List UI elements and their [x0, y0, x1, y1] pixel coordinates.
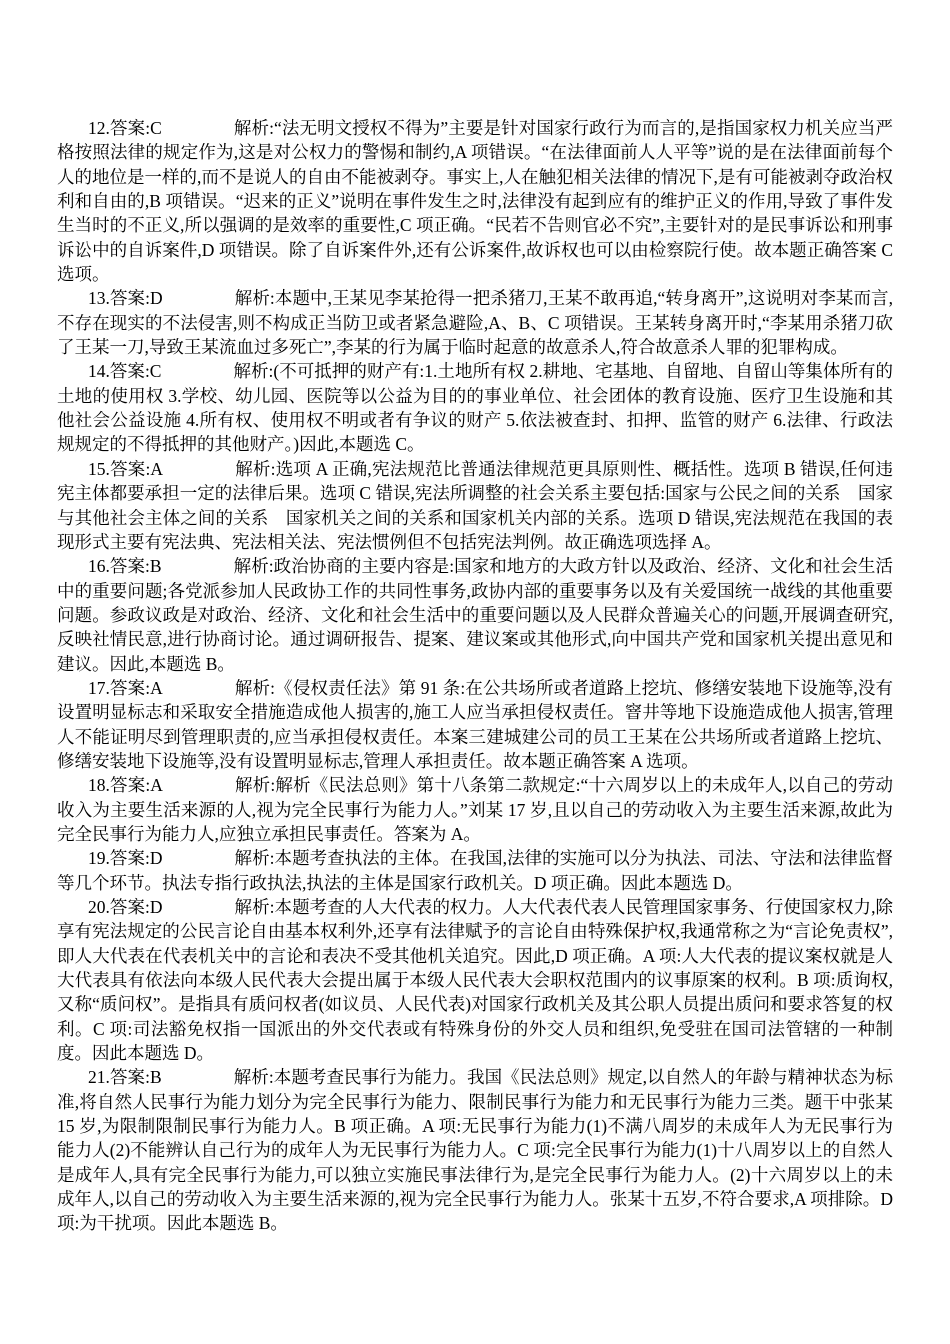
answer-label: 18.答案:A: [88, 775, 163, 795]
tab-spacer: [163, 474, 235, 475]
tab-spacer: [163, 863, 235, 864]
analysis-text: 解析:本题考查民事行为能力。我国《民法总则》规定,以自然人的年龄与精神状态为标准…: [57, 1067, 893, 1233]
answer-item-18: 18.答案:A解析:解析《民法总则》第十八条第二款规定:“十六周岁以上的未成年人…: [57, 773, 893, 846]
answer-label: 21.答案:B: [88, 1067, 162, 1087]
answer-label: 19.答案:D: [88, 848, 163, 868]
analysis-text: 解析:选项 A 正确,宪法规范比普通法律规范更具原则性、概括性。选项 B 错误,…: [57, 459, 893, 552]
tab-spacer: [163, 693, 235, 694]
answer-item-21: 21.答案:B解析:本题考查民事行为能力。我国《民法总则》规定,以自然人的年龄与…: [57, 1065, 893, 1235]
analysis-text: 解析:政治协商的主要内容是:国家和地方的大政方针以及政治、经济、文化和社会生活中…: [57, 556, 893, 673]
answer-label: 13.答案:D: [88, 288, 163, 308]
answer-item-12: 12.答案:C解析:“法无明文授权不得为”主要是针对国家行政行为而言的,是指国家…: [57, 116, 893, 286]
tab-spacer: [163, 790, 235, 791]
analysis-text: 解析:“法无明文授权不得为”主要是针对国家行政行为而言的,是指国家权力机关应当严…: [57, 118, 893, 284]
tab-spacer: [161, 376, 233, 377]
answer-item-13: 13.答案:D解析:本题中,王某见李某抢得一把杀猪刀,王某不敢再追,“转身离开”…: [57, 286, 893, 359]
tab-spacer: [162, 571, 234, 572]
tab-spacer: [162, 133, 234, 134]
analysis-text: 解析:(不可抵押的财产有:1.土地所有权 2.耕地、宅基地、自留地、自留山等集体…: [57, 361, 893, 454]
tab-spacer: [162, 1082, 234, 1083]
analysis-text: 解析:本题考查执法的主体。在我国,法律的实施可以分为执法、司法、守法和法律监督等…: [57, 848, 893, 892]
answer-item-17: 17.答案:A解析:《侵权责任法》第 91 条:在公共场所或者道路上挖坑、修缮安…: [57, 676, 893, 773]
analysis-text: 解析:本题中,王某见李某抢得一把杀猪刀,王某不敢再追,“转身离开”,这说明对李某…: [57, 288, 893, 357]
answer-item-14: 14.答案:C解析:(不可抵押的财产有:1.土地所有权 2.耕地、宅基地、自留地…: [57, 359, 893, 456]
answer-item-20: 20.答案:D解析:本题考查的人大代表的权力。人大代表代表人民管理国家事务、行使…: [57, 895, 893, 1065]
answer-label: 14.答案:C: [88, 361, 161, 381]
answer-label: 12.答案:C: [88, 118, 162, 138]
answer-item-16: 16.答案:B解析:政治协商的主要内容是:国家和地方的大政方针以及政治、经济、文…: [57, 554, 893, 676]
analysis-text: 解析:《侵权责任法》第 91 条:在公共场所或者道路上挖坑、修缮安装地下设施等,…: [57, 678, 893, 771]
answer-label: 16.答案:B: [88, 556, 162, 576]
tab-spacer: [163, 303, 235, 304]
tab-spacer: [163, 912, 235, 913]
answer-item-15: 15.答案:A解析:选项 A 正确,宪法规范比普通法律规范更具原则性、概括性。选…: [57, 457, 893, 554]
analysis-text: 解析:本题考查的人大代表的权力。人大代表代表人民管理国家事务、行使国家权力,除享…: [57, 897, 893, 1063]
answer-key-document: 12.答案:C解析:“法无明文授权不得为”主要是针对国家行政行为而言的,是指国家…: [57, 116, 893, 1236]
answer-item-19: 19.答案:D解析:本题考查执法的主体。在我国,法律的实施可以分为执法、司法、守…: [57, 846, 893, 895]
answer-label: 17.答案:A: [88, 678, 163, 698]
answer-label: 15.答案:A: [88, 459, 163, 479]
analysis-text: 解析:解析《民法总则》第十八条第二款规定:“十六周岁以上的未成年人,以自己的劳动…: [57, 775, 893, 844]
answer-label: 20.答案:D: [88, 897, 163, 917]
